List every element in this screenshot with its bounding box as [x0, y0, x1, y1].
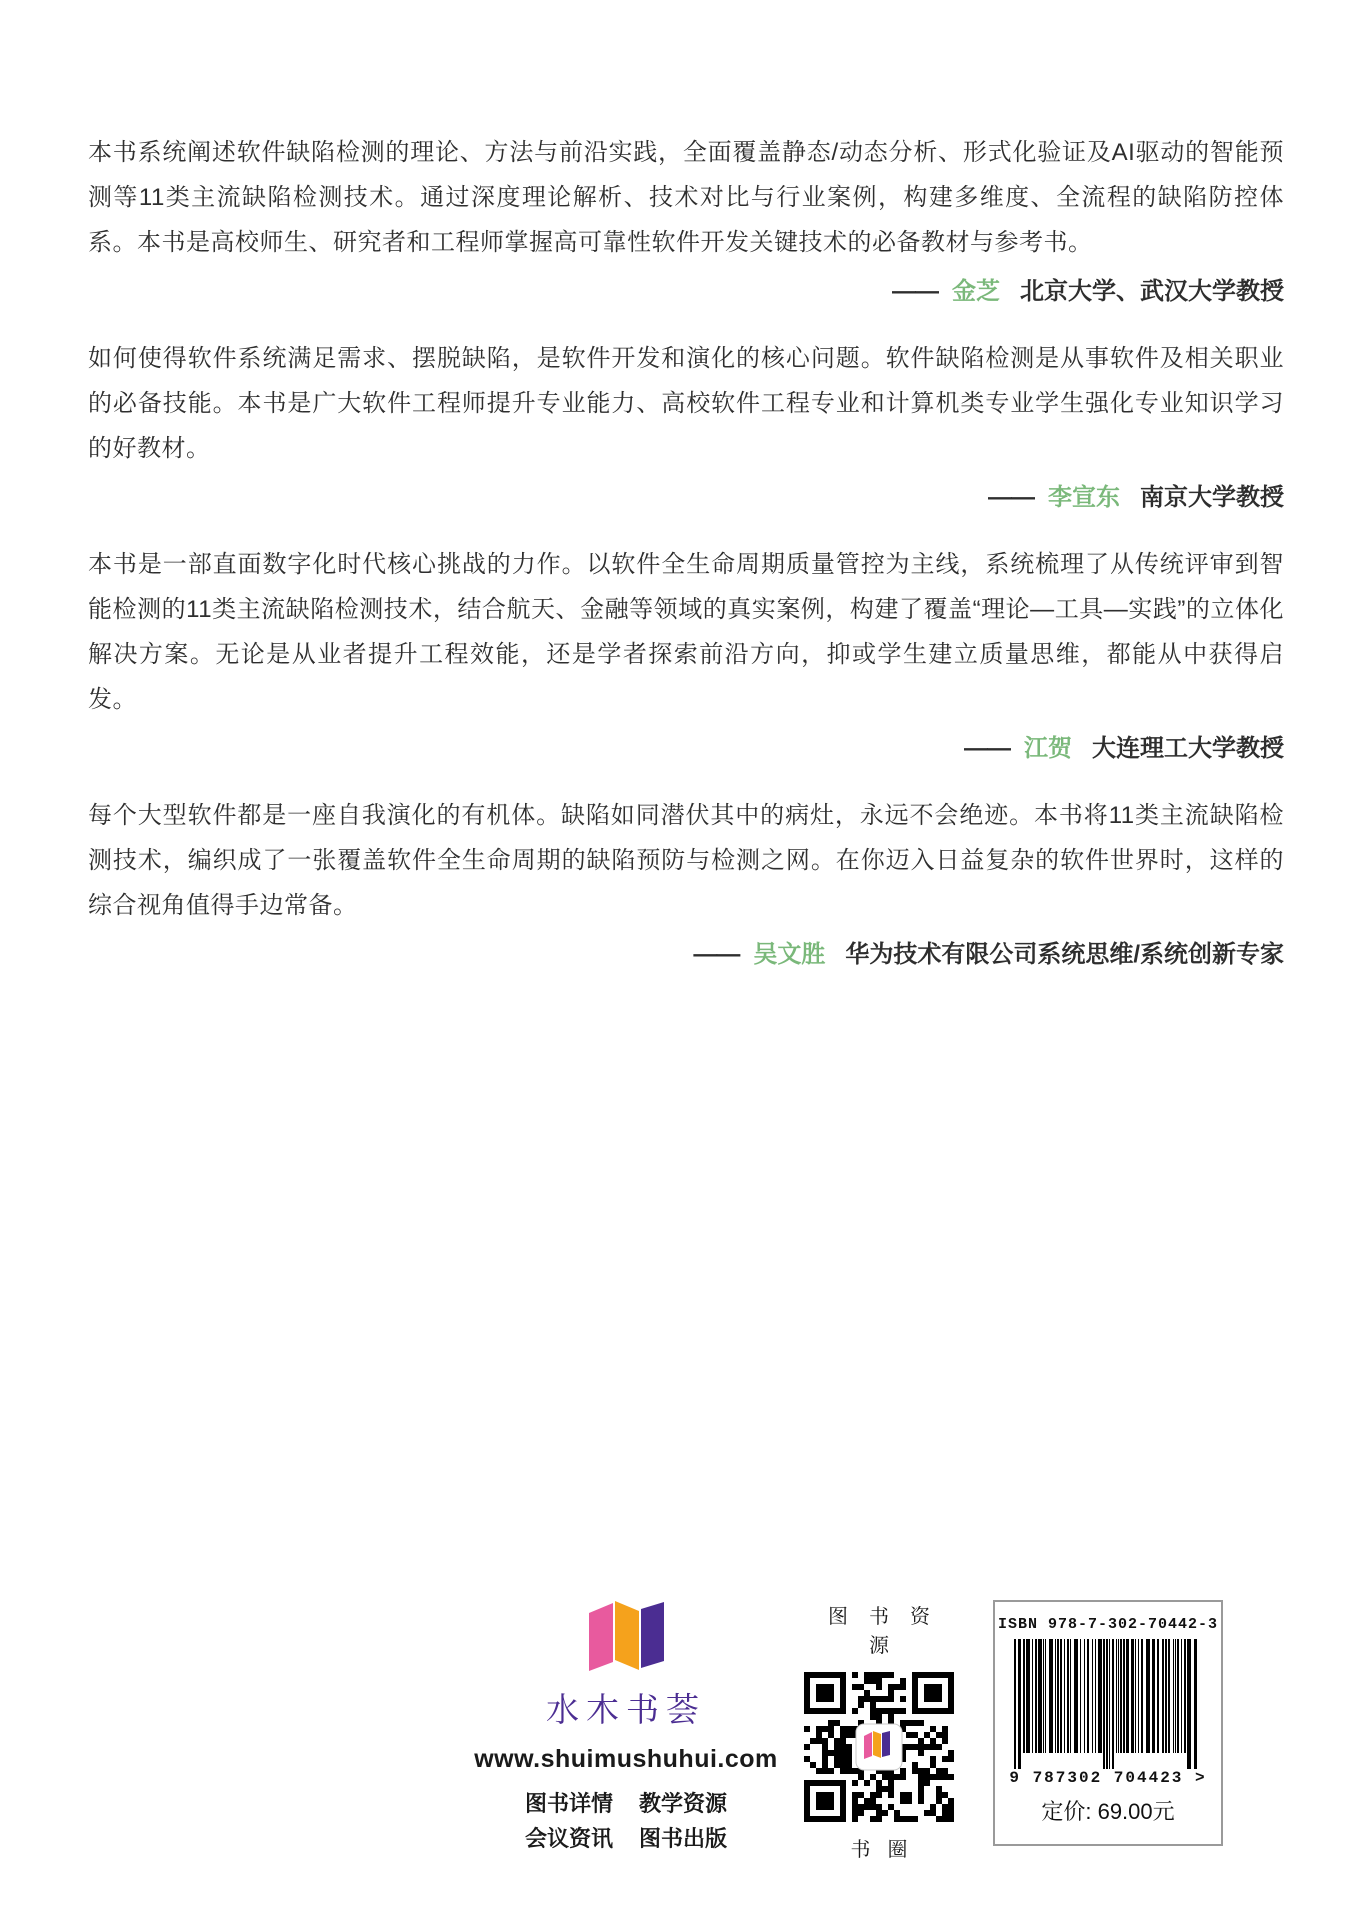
- endorser-name: 金芝: [952, 278, 1000, 305]
- endorsements-section: 本书系统阐述软件缺陷检测的理论、方法与前沿实践，全面覆盖静态/动态分析、形式化验…: [88, 130, 1284, 999]
- attribution-dash: ——: [892, 278, 938, 305]
- brand-website: www.shuimushuhui.com: [440, 1745, 812, 1774]
- isbn-barcode-box: ISBN 978-7-302-70442-3 9 787302 704423 >…: [993, 1600, 1223, 1846]
- endorser-name: 吴文胜: [753, 941, 825, 968]
- endorser-name: 李宣东: [1048, 484, 1120, 511]
- qr-code: [804, 1672, 954, 1822]
- endorser-name: 江贺: [1024, 735, 1072, 762]
- endorsement-text: 每个大型软件都是一座自我演化的有机体。缺陷如同潜伏其中的病灶，永远不会绝迹。本书…: [88, 793, 1284, 928]
- qr-caption: 书圈: [815, 1833, 960, 1862]
- endorsement-attribution: ——金芝北京大学、武汉大学教授: [88, 269, 1284, 314]
- brand-name: 水木书荟: [440, 1684, 812, 1731]
- brand-link-label: 教学资源: [639, 1791, 727, 1816]
- brand-links: 图书详情教学资源 会议资讯图书出版: [440, 1786, 812, 1856]
- attribution-dash: ——: [693, 941, 739, 968]
- isbn-number: ISBN 978-7-302-70442-3: [995, 1616, 1221, 1633]
- endorsement-block: 本书是一部直面数字化时代核心挑战的力作。以软件全生命周期质量管控为主线，系统梳理…: [88, 542, 1284, 771]
- endorser-affiliation: 大连理工大学教授: [1092, 735, 1284, 762]
- endorsement-block: 每个大型软件都是一座自我演化的有机体。缺陷如同潜伏其中的病灶，永远不会绝迹。本书…: [88, 793, 1284, 977]
- brand-link-label: 会议资讯: [525, 1826, 613, 1851]
- endorsement-attribution: ——李宣东南京大学教授: [88, 475, 1284, 520]
- endorser-affiliation: 华为技术有限公司系统思维/系统创新专家: [845, 941, 1284, 968]
- endorsement-attribution: ——吴文胜华为技术有限公司系统思维/系统创新专家: [88, 932, 1284, 977]
- endorsement-text: 本书是一部直面数字化时代核心挑战的力作。以软件全生命周期质量管控为主线，系统梳理…: [88, 542, 1284, 722]
- brand-link-label: 图书出版: [639, 1826, 727, 1851]
- endorsement-attribution: ——江贺大连理工大学教授: [88, 726, 1284, 771]
- barcode-digits: 9 787302 704423 >: [995, 1769, 1221, 1787]
- endorsement-text: 本书系统阐述软件缺陷检测的理论、方法与前沿实践，全面覆盖静态/动态分析、形式化验…: [88, 130, 1284, 265]
- brand-link-label: 图书详情: [525, 1791, 613, 1816]
- endorsement-text: 如何使得软件系统满足需求、摆脱缺陷，是软件开发和演化的核心问题。软件缺陷检测是从…: [88, 336, 1284, 471]
- endorser-affiliation: 北京大学、武汉大学教授: [1020, 278, 1284, 305]
- endorsement-block: 本书系统阐述软件缺陷检测的理论、方法与前沿实践，全面覆盖静态/动态分析、形式化验…: [88, 130, 1284, 314]
- endorsement-block: 如何使得软件系统满足需求、摆脱缺陷，是软件开发和演化的核心问题。软件缺陷检测是从…: [88, 336, 1284, 520]
- attribution-dash: ——: [988, 484, 1034, 511]
- book-back-cover: 本书系统阐述软件缺陷检测的理论、方法与前沿实践，全面覆盖静态/动态分析、形式化验…: [0, 0, 1366, 1920]
- shuimu-folded-book-logo-icon: [586, 1600, 666, 1672]
- publisher-brand-block: 水木书荟 www.shuimushuhui.com 图书详情教学资源 会议资讯图…: [440, 1600, 812, 1856]
- qr-title: 图书资源: [819, 1600, 960, 1658]
- price-label: 定价: 69.00元: [995, 1795, 1221, 1826]
- attribution-dash: ——: [964, 735, 1010, 762]
- barcode-icon: [1008, 1639, 1208, 1771]
- endorser-affiliation: 南京大学教授: [1140, 484, 1284, 511]
- qr-block: 图书资源 书圈: [798, 1600, 960, 1862]
